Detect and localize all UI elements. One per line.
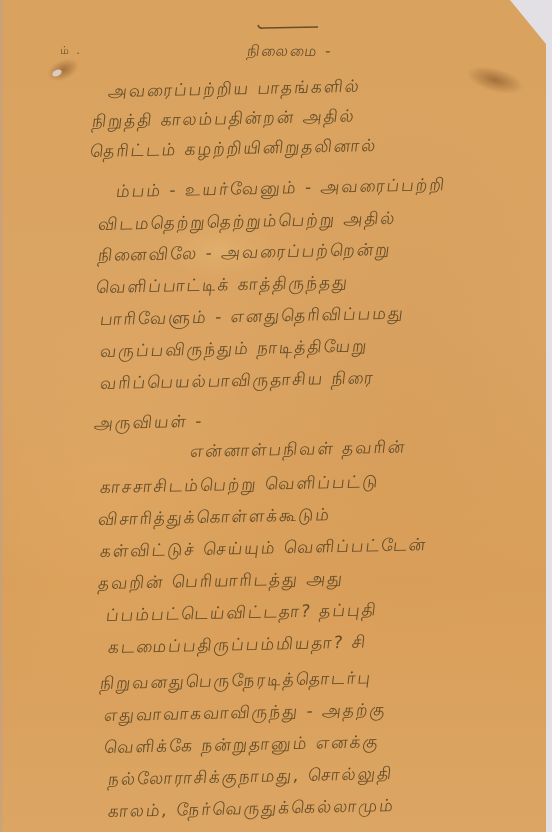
handwritten-line: என்னாள்பநிவள் தவரின் <box>189 437 408 464</box>
margin-note: ம் . <box>60 44 82 59</box>
page-left-edge <box>0 0 4 832</box>
invocation-stroke <box>256 23 320 29</box>
manuscript-title: நிலைமை - <box>246 42 334 62</box>
handwritten-line: அருவியள் - <box>93 412 205 436</box>
